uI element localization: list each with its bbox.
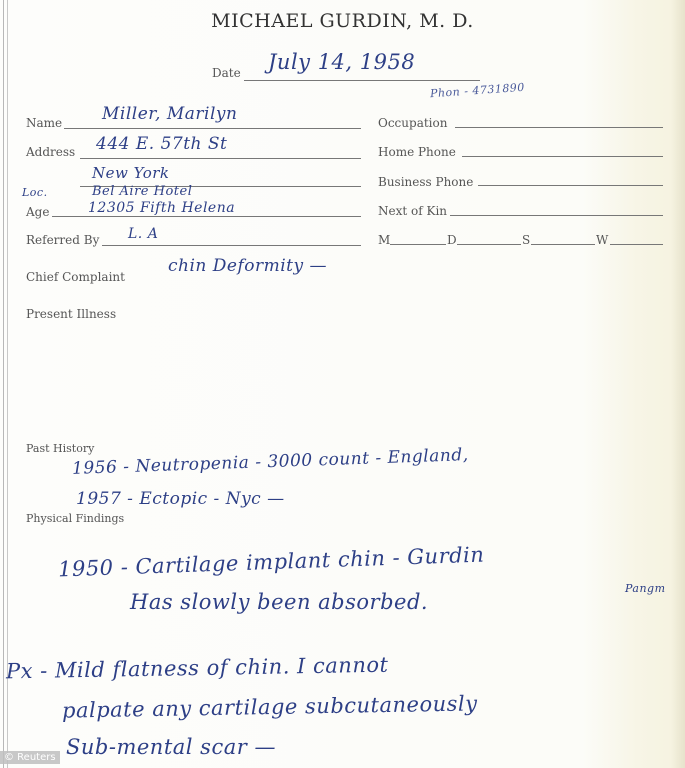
date-value: July 14, 1958 bbox=[268, 50, 415, 74]
marital-d-line bbox=[457, 244, 521, 245]
marital-m-label: M bbox=[378, 233, 390, 247]
marital-s-label: S bbox=[522, 233, 530, 247]
present-illness-label: Present Illness bbox=[26, 307, 116, 321]
past-history-entry-1: 1956 - Neutropenia - 3000 count - Englan… bbox=[72, 445, 469, 479]
page-border-line bbox=[7, 0, 8, 768]
marital-s-line bbox=[531, 244, 595, 245]
age-line-value: 12305 Fifth Helena bbox=[88, 200, 235, 216]
marital-w-line bbox=[610, 244, 663, 245]
marital-m-line bbox=[390, 244, 446, 245]
reuters-watermark: © Reuters bbox=[0, 751, 60, 764]
physical-findings-entry-2: Has slowly been absorbed. bbox=[130, 590, 428, 614]
age-label: Age bbox=[26, 205, 49, 219]
address-line2-value: New York bbox=[92, 164, 170, 182]
address-label: Address bbox=[26, 145, 75, 159]
page-edge-shadow bbox=[671, 0, 685, 768]
referred-by-line bbox=[102, 245, 361, 246]
date-label: Date bbox=[212, 66, 241, 80]
referred-by-label: Referred By bbox=[26, 233, 99, 247]
loc-label: Loc. bbox=[22, 186, 48, 199]
name-value: Miller, Marilyn bbox=[102, 104, 237, 124]
occupation-label: Occupation bbox=[378, 116, 447, 130]
physical-findings-entry-4: palpate any cartilage subcutaneously bbox=[62, 691, 478, 722]
past-history-entry-2: 1957 - Ectopic - Nyc — bbox=[76, 489, 285, 509]
name-label: Name bbox=[26, 116, 62, 130]
home-phone-label: Home Phone bbox=[378, 145, 456, 159]
doctor-name-header: MICHAEL GURDIN, M. D. bbox=[0, 10, 685, 32]
physical-findings-label: Physical Findings bbox=[26, 512, 124, 525]
physical-findings-note: Pangm bbox=[625, 582, 666, 595]
address-line1-value: 444 E. 57th St bbox=[96, 134, 227, 154]
document-page: MICHAEL GURDIN, M. D. Date July 14, 1958… bbox=[0, 0, 685, 768]
age-line bbox=[52, 216, 361, 217]
phone-note: Phon - 4731890 bbox=[430, 81, 526, 101]
physical-findings-entry-3: Px - Mild flatness of chin. I cannot bbox=[6, 653, 389, 684]
home-phone-line bbox=[462, 156, 663, 157]
occupation-line bbox=[455, 127, 663, 128]
name-line bbox=[64, 128, 361, 129]
business-phone-line bbox=[478, 185, 663, 186]
page-border-line bbox=[3, 0, 4, 768]
marital-d-label: D bbox=[447, 233, 457, 247]
loc-value: Bel Aire Hotel bbox=[92, 184, 192, 199]
past-history-label: Past History bbox=[26, 442, 94, 455]
referred-by-value: L. A bbox=[128, 226, 158, 242]
chief-complaint-value: chin Deformity — bbox=[168, 256, 327, 276]
physical-findings-entry-1: 1950 - Cartilage implant chin - Gurdin bbox=[58, 543, 485, 582]
address-line bbox=[80, 158, 361, 159]
marital-w-label: W bbox=[596, 233, 608, 247]
next-of-kin-line bbox=[450, 215, 663, 216]
chief-complaint-label: Chief Complaint bbox=[26, 270, 125, 284]
business-phone-label: Business Phone bbox=[378, 175, 473, 189]
physical-findings-entry-5: Sub-mental scar — bbox=[66, 735, 276, 759]
next-of-kin-label: Next of Kin bbox=[378, 204, 447, 218]
date-line bbox=[244, 80, 480, 81]
